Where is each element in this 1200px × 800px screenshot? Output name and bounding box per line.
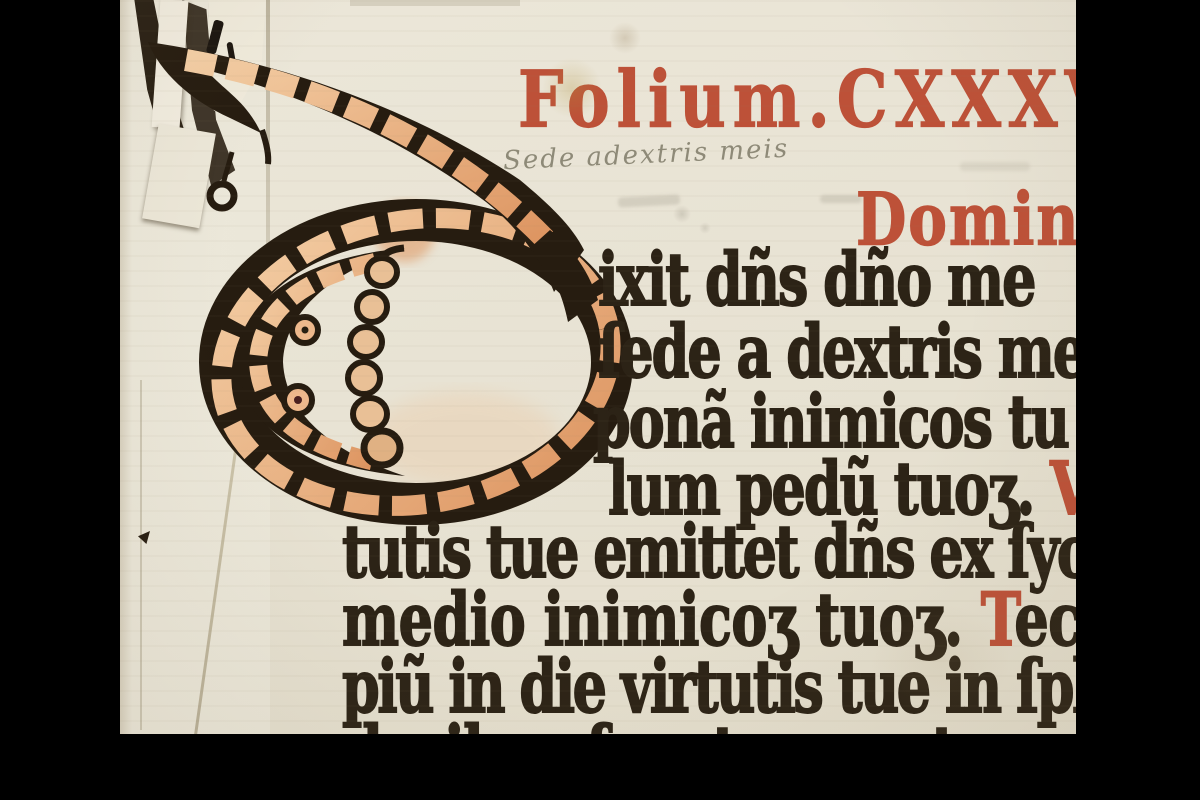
manuscript-photo: D Folium.CXXXV Sede adextris meis Domini… — [120, 0, 1076, 734]
photo-canvas: D Folium.CXXXV Sede adextris meis Domini… — [0, 0, 1200, 800]
folio-number: Folium.CXXXV — [518, 62, 1076, 140]
psalm-line-2: ſede a dextris me — [598, 315, 1076, 388]
bleedthrough-mark — [960, 162, 1030, 171]
psalm-line-8-partial: doribus ſanctoʒ ex vtero ante — [345, 716, 1076, 734]
psalm-line-1: ixit dñs dño me — [598, 243, 1035, 316]
line-text: doribus ſanctoʒ ex vtero ante — [345, 709, 1076, 734]
